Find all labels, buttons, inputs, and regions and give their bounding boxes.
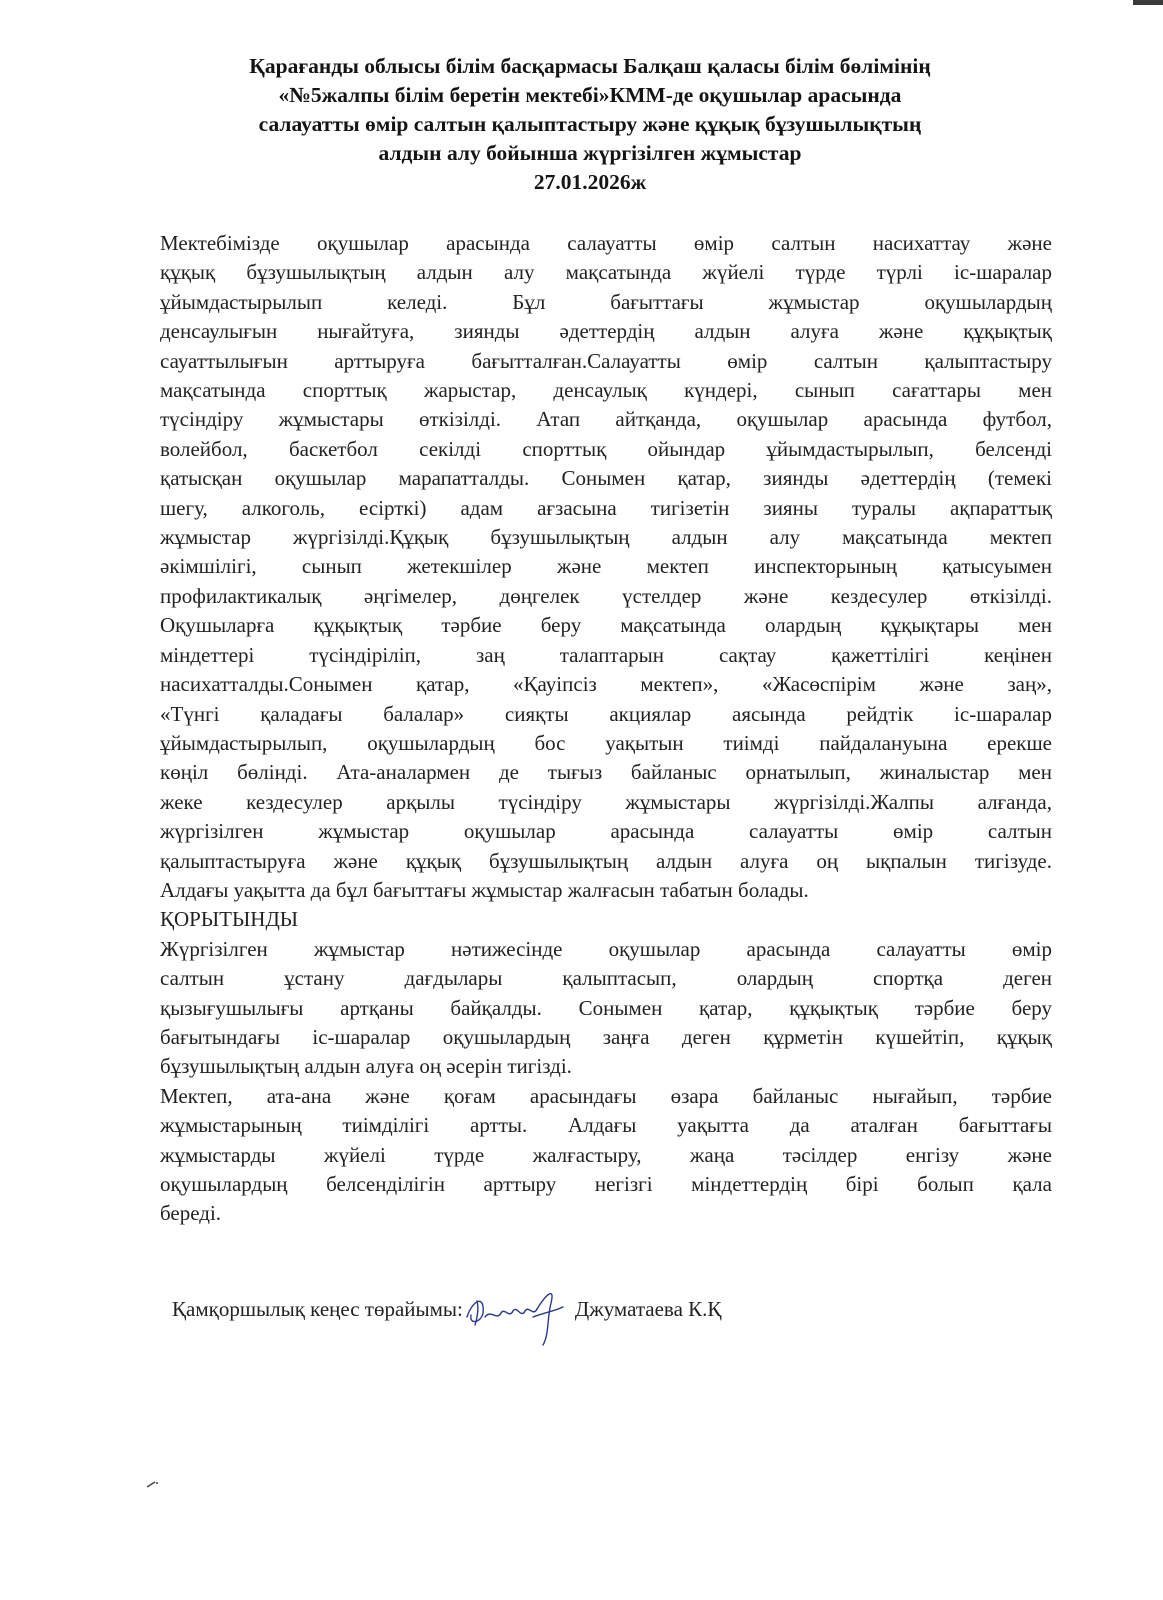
document-body: Мектебімізде оқушылар арасында салауатты… [160,229,1052,1229]
text-line: Мектеп, ата-ана және қоғам арасындағы өз… [160,1082,1052,1111]
document-date: 27.01.2026ж [150,168,1030,197]
text-line: қатысқан оқушылар марапатталды. Сонымен … [160,464,1052,493]
signatory-role: Қамқоршылық кеңес төрайымы: [172,1297,463,1322]
text-line: оқушылардың белсенділігін арттыру негізг… [160,1170,1052,1199]
text-line: бағытындағы іс-шаралар оқушылардың заңға… [160,1023,1052,1052]
text-line: Алдағы уақытта да бұл бағыттағы жұмыстар… [160,876,1052,905]
paragraph-main: Мектебімізде оқушылар арасында салауатты… [160,229,1052,905]
text-line: жұмыстар жүргізілді.Құқық бұзушылықтың а… [160,523,1052,552]
text-line: шегу, алкоголь, есірткі) адам ағзасына т… [160,494,1052,523]
text-line: көңіл бөлінді. Ата-аналармен де тығыз ба… [160,758,1052,787]
paragraph-outlook: Мектеп, ата-ана және қоғам арасындағы өз… [160,1082,1052,1229]
signatory-name: Джуматаева К.Қ [575,1297,722,1322]
title-line: «№5жалпы білім беретін мектебі»КММ-де оқ… [150,81,1030,110]
text-line: денсаулығын нығайтуға, зиянды әдеттердің… [160,317,1052,346]
text-line: Жүргізілген жұмыстар нәтижесінде оқушыла… [160,935,1052,964]
text-line: Оқушыларға құқықтық тәрбие беру мақсатын… [160,611,1052,640]
stray-pen-mark-icon [146,1480,160,1488]
document-title: Қарағанды облысы білім басқармасы Балқаш… [150,52,1030,197]
text-line: профилактикалық әңгімелер, дөңгелек үсте… [160,582,1052,611]
text-line: бұзушылықтың алдын алуға оң әсерін тигіз… [160,1052,1052,1081]
signature-block: Қамқоршылық кеңес төрайымы: Джуматаева К… [172,1283,721,1335]
text-line: құқық бұзушылықтың алдын алу мақсатында … [160,258,1052,287]
text-line: міндеттері түсіндіріліп, заң талаптарын … [160,641,1052,670]
text-line: қалыптастыруға және құқық бұзушылықтың а… [160,847,1052,876]
scan-edge-mark [1133,0,1163,5]
title-line: Қарағанды облысы білім басқармасы Балқаш… [150,52,1030,81]
title-line: салауатты өмір салтын қалыптастыру және … [150,110,1030,139]
text-line: ұйымдастырылып келеді. Бұл бағыттағы жұм… [160,288,1052,317]
text-line: әкімшілігі, сынып жетекшілер және мектеп… [160,552,1052,581]
text-line: «Түнгі қаладағы балалар» сияқты акциялар… [160,700,1052,729]
handwritten-signature-icon [463,1287,575,1339]
text-line: қызығушылығы артқаны байқалды. Сонымен қ… [160,994,1052,1023]
text-line: волейбол, баскетбол секілді спорттық ойы… [160,435,1052,464]
text-line: ұйымдастырылып, оқушылардың бос уақытын … [160,729,1052,758]
text-line: түсіндіру жұмыстары өткізілді. Атап айтқ… [160,405,1052,434]
text-line: жұмыстарының тиімділігі артты. Алдағы уа… [160,1111,1052,1140]
text-line: жүргізілген жұмыстар оқушылар арасында с… [160,817,1052,846]
text-line: Мектебімізде оқушылар арасында салауатты… [160,229,1052,258]
text-line: жеке кездесулер арқылы түсіндіру жұмыста… [160,788,1052,817]
text-line: жұмыстарды жүйелі түрде жалғастыру, жаңа… [160,1141,1052,1170]
text-line: береді. [160,1199,1052,1228]
text-line: насихатталды.Сонымен қатар, «Қауіпсіз ме… [160,670,1052,699]
text-line: мақсатында спорттық жарыстар, денсаулық … [160,376,1052,405]
paragraph-conclusion: Жүргізілген жұмыстар нәтижесінде оқушыла… [160,935,1052,1082]
text-line: сауаттылығын арттыруға бағытталған.Салау… [160,347,1052,376]
text-line: салтын ұстану дағдылары қалыптасып, олар… [160,964,1052,993]
title-line: алдын алу бойынша жүргізілген жұмыстар [150,139,1030,168]
conclusion-heading: ҚОРЫТЫНДЫ [160,905,1052,934]
